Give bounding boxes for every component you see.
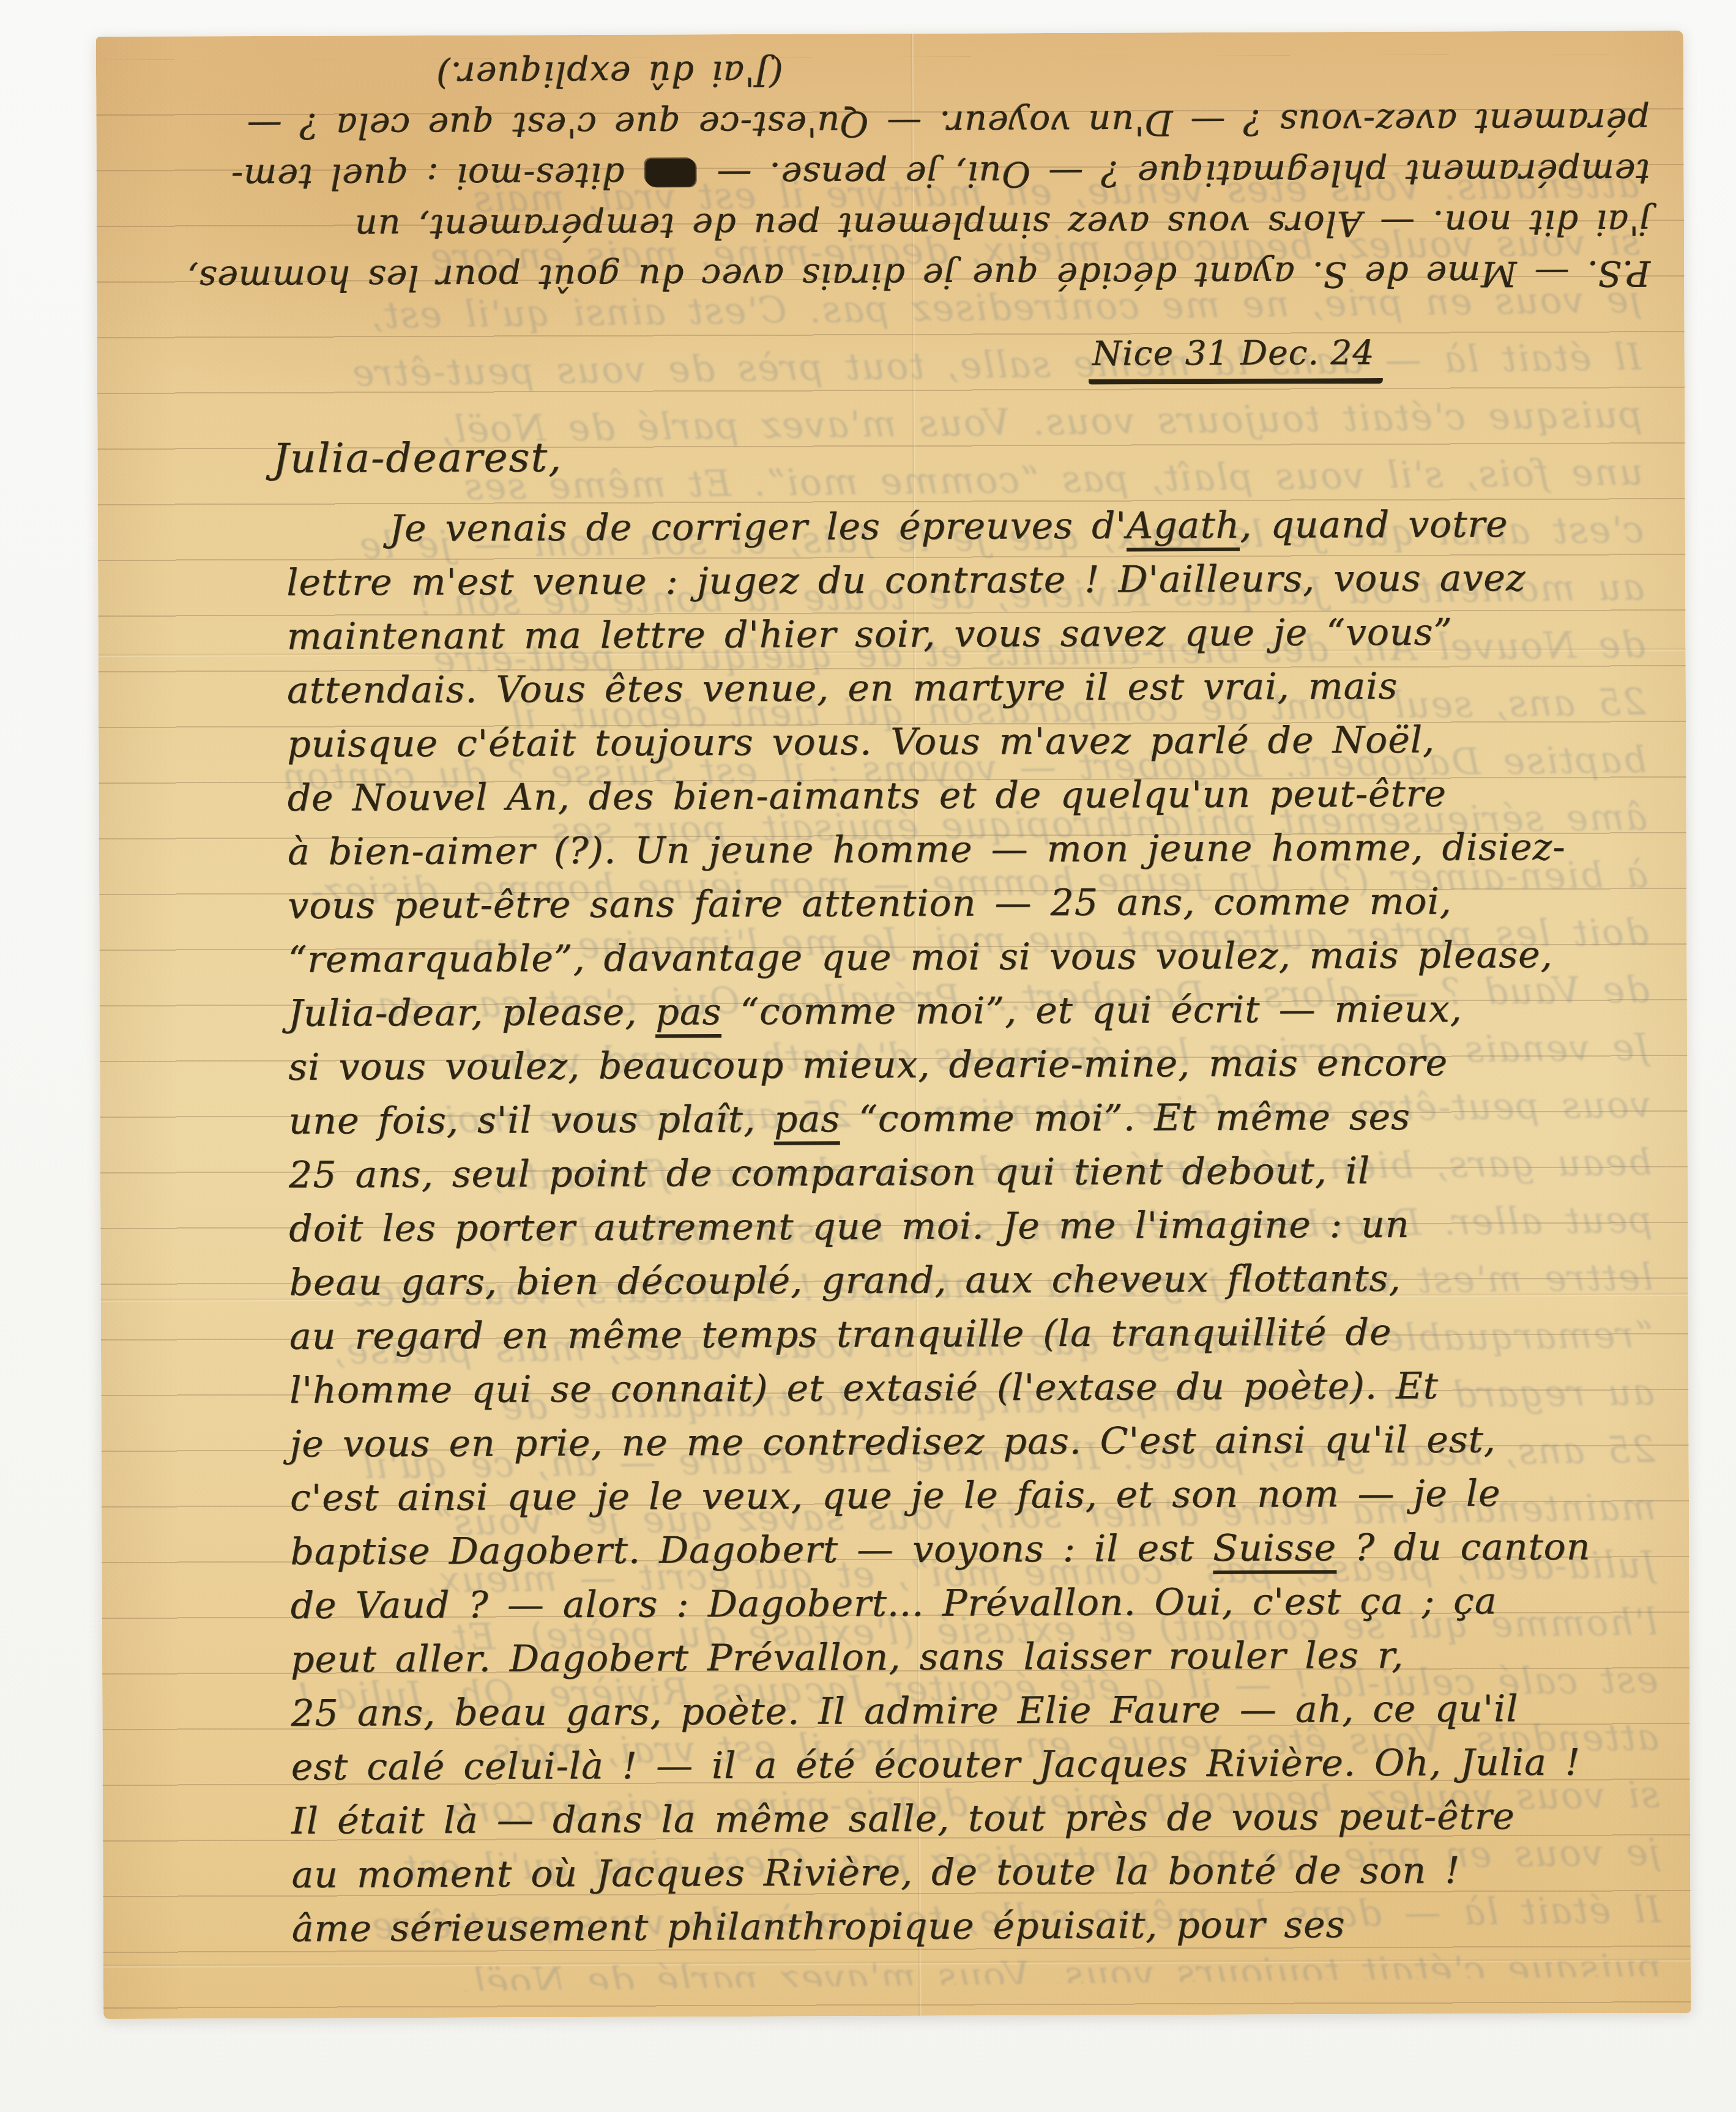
body-line-15: beau gars, bien découplé, grand, aux che… [289,1251,1653,1310]
letter-body: Je venais de corriger les épreuves d'Aga… [286,497,1656,1956]
body-line-14: doit les porter autrement que moi. Je me… [289,1197,1653,1256]
bleedthrough-line: Il était là — dans la même salle, tout p… [164,329,1642,404]
body-line-27: âme sérieusement philanthropique épuisai… [291,1897,1656,1956]
body-line-26: au moment où Jacques Rivière, de toute l… [291,1843,1656,1902]
body-line-23: 25 ans, beau gars, poète. Il admire Elie… [291,1681,1655,1741]
underlined-word: Agath [1127,504,1240,552]
body-line-13: 25 ans, seul point de comparaison qui ti… [289,1143,1653,1202]
scanned-letter-background: attendais. Vous êtes venue, en martyre i… [0,0,1736,2112]
body-line-8: vous peut-être sans faire attention — 25… [288,874,1652,933]
body-line-19: c'est ainsi que je le veux, que je le fa… [290,1466,1655,1525]
body-line-18: je vous en prie, ne me contredisez pas. … [289,1412,1654,1471]
date-line: Nice 31 Dec. 24 [1089,333,1384,385]
body-line-4: attendais. Vous êtes venue, en martyre i… [287,658,1652,718]
underlined-word: pas [655,991,721,1038]
body-line-3: maintenant ma lettre d'hier soir, vous s… [286,604,1651,664]
horizontal-fold-crease [103,1958,1691,1968]
ps-line-5: (J'ai dû expliquer.) [130,44,1650,101]
underlined-word: Suisse [1213,1526,1336,1574]
body-line-25: Il était là — dans la même salle, tout p… [291,1789,1656,1848]
body-line-7: à bien-aimer (?). Un jeune homme — mon j… [288,820,1652,879]
body-line-22: peut aller. Dagobert Prévallon, sans lai… [291,1627,1655,1687]
ps-line-2: j'ai dit non. — Alors vous avez simpleme… [130,196,1650,253]
body-line-2: lettre m'est venue : jugez du contraste … [286,551,1651,610]
body-line-16: au regard en même temps tranquille (la t… [289,1304,1654,1364]
ps-line-1: P.S. — Mme de S. ayant décidé que je dir… [130,247,1650,304]
body-line-20: baptise Dagobert. Dagobert — voyons : il… [290,1520,1655,1579]
underlined-word: pas [774,1098,840,1145]
scratched-out-word [646,158,696,187]
body-line-6: de Nouvel An, des bien-aimants et de que… [287,766,1652,825]
ps-line-3: tempérament phlegmatique ? — Oui, je pen… [130,146,1650,203]
ps-line-4: pérament avez-vous ? — D'un voyeur. — Qu… [130,95,1650,152]
body-line-17: l'homme qui se connait) et extasié (l'ex… [289,1358,1654,1418]
body-line-1: Je venais de corriger les épreuves d'Aga… [286,497,1651,556]
body-line-10: Julia-dear, please, pas “comme moi”, et … [288,981,1653,1041]
body-line-5: puisque c'était toujours vous. Vous m'av… [287,712,1652,772]
body-line-12: une fois, s'il vous plaît, pas “comme mo… [288,1089,1653,1148]
body-line-24: est calé celui-là ! — il a été écouter J… [291,1735,1655,1794]
letter-page: attendais. Vous êtes venue, en martyre i… [96,31,1691,2019]
date-text: Nice 31 Dec. 24 [1089,333,1384,385]
body-line-21: de Vaud ? — alors : Dagobert... Prévallo… [290,1574,1655,1633]
ps-note-upside-down: P.S. — Mme de S. ayant décidé que je dir… [130,44,1651,304]
salutation-line: Julia-dearest, [272,434,562,482]
body-line-11: si vous voulez, beaucoup mieux, dearie-m… [288,1035,1653,1095]
body-line-9: “remarquable”, davantage que moi si vous… [288,928,1652,987]
